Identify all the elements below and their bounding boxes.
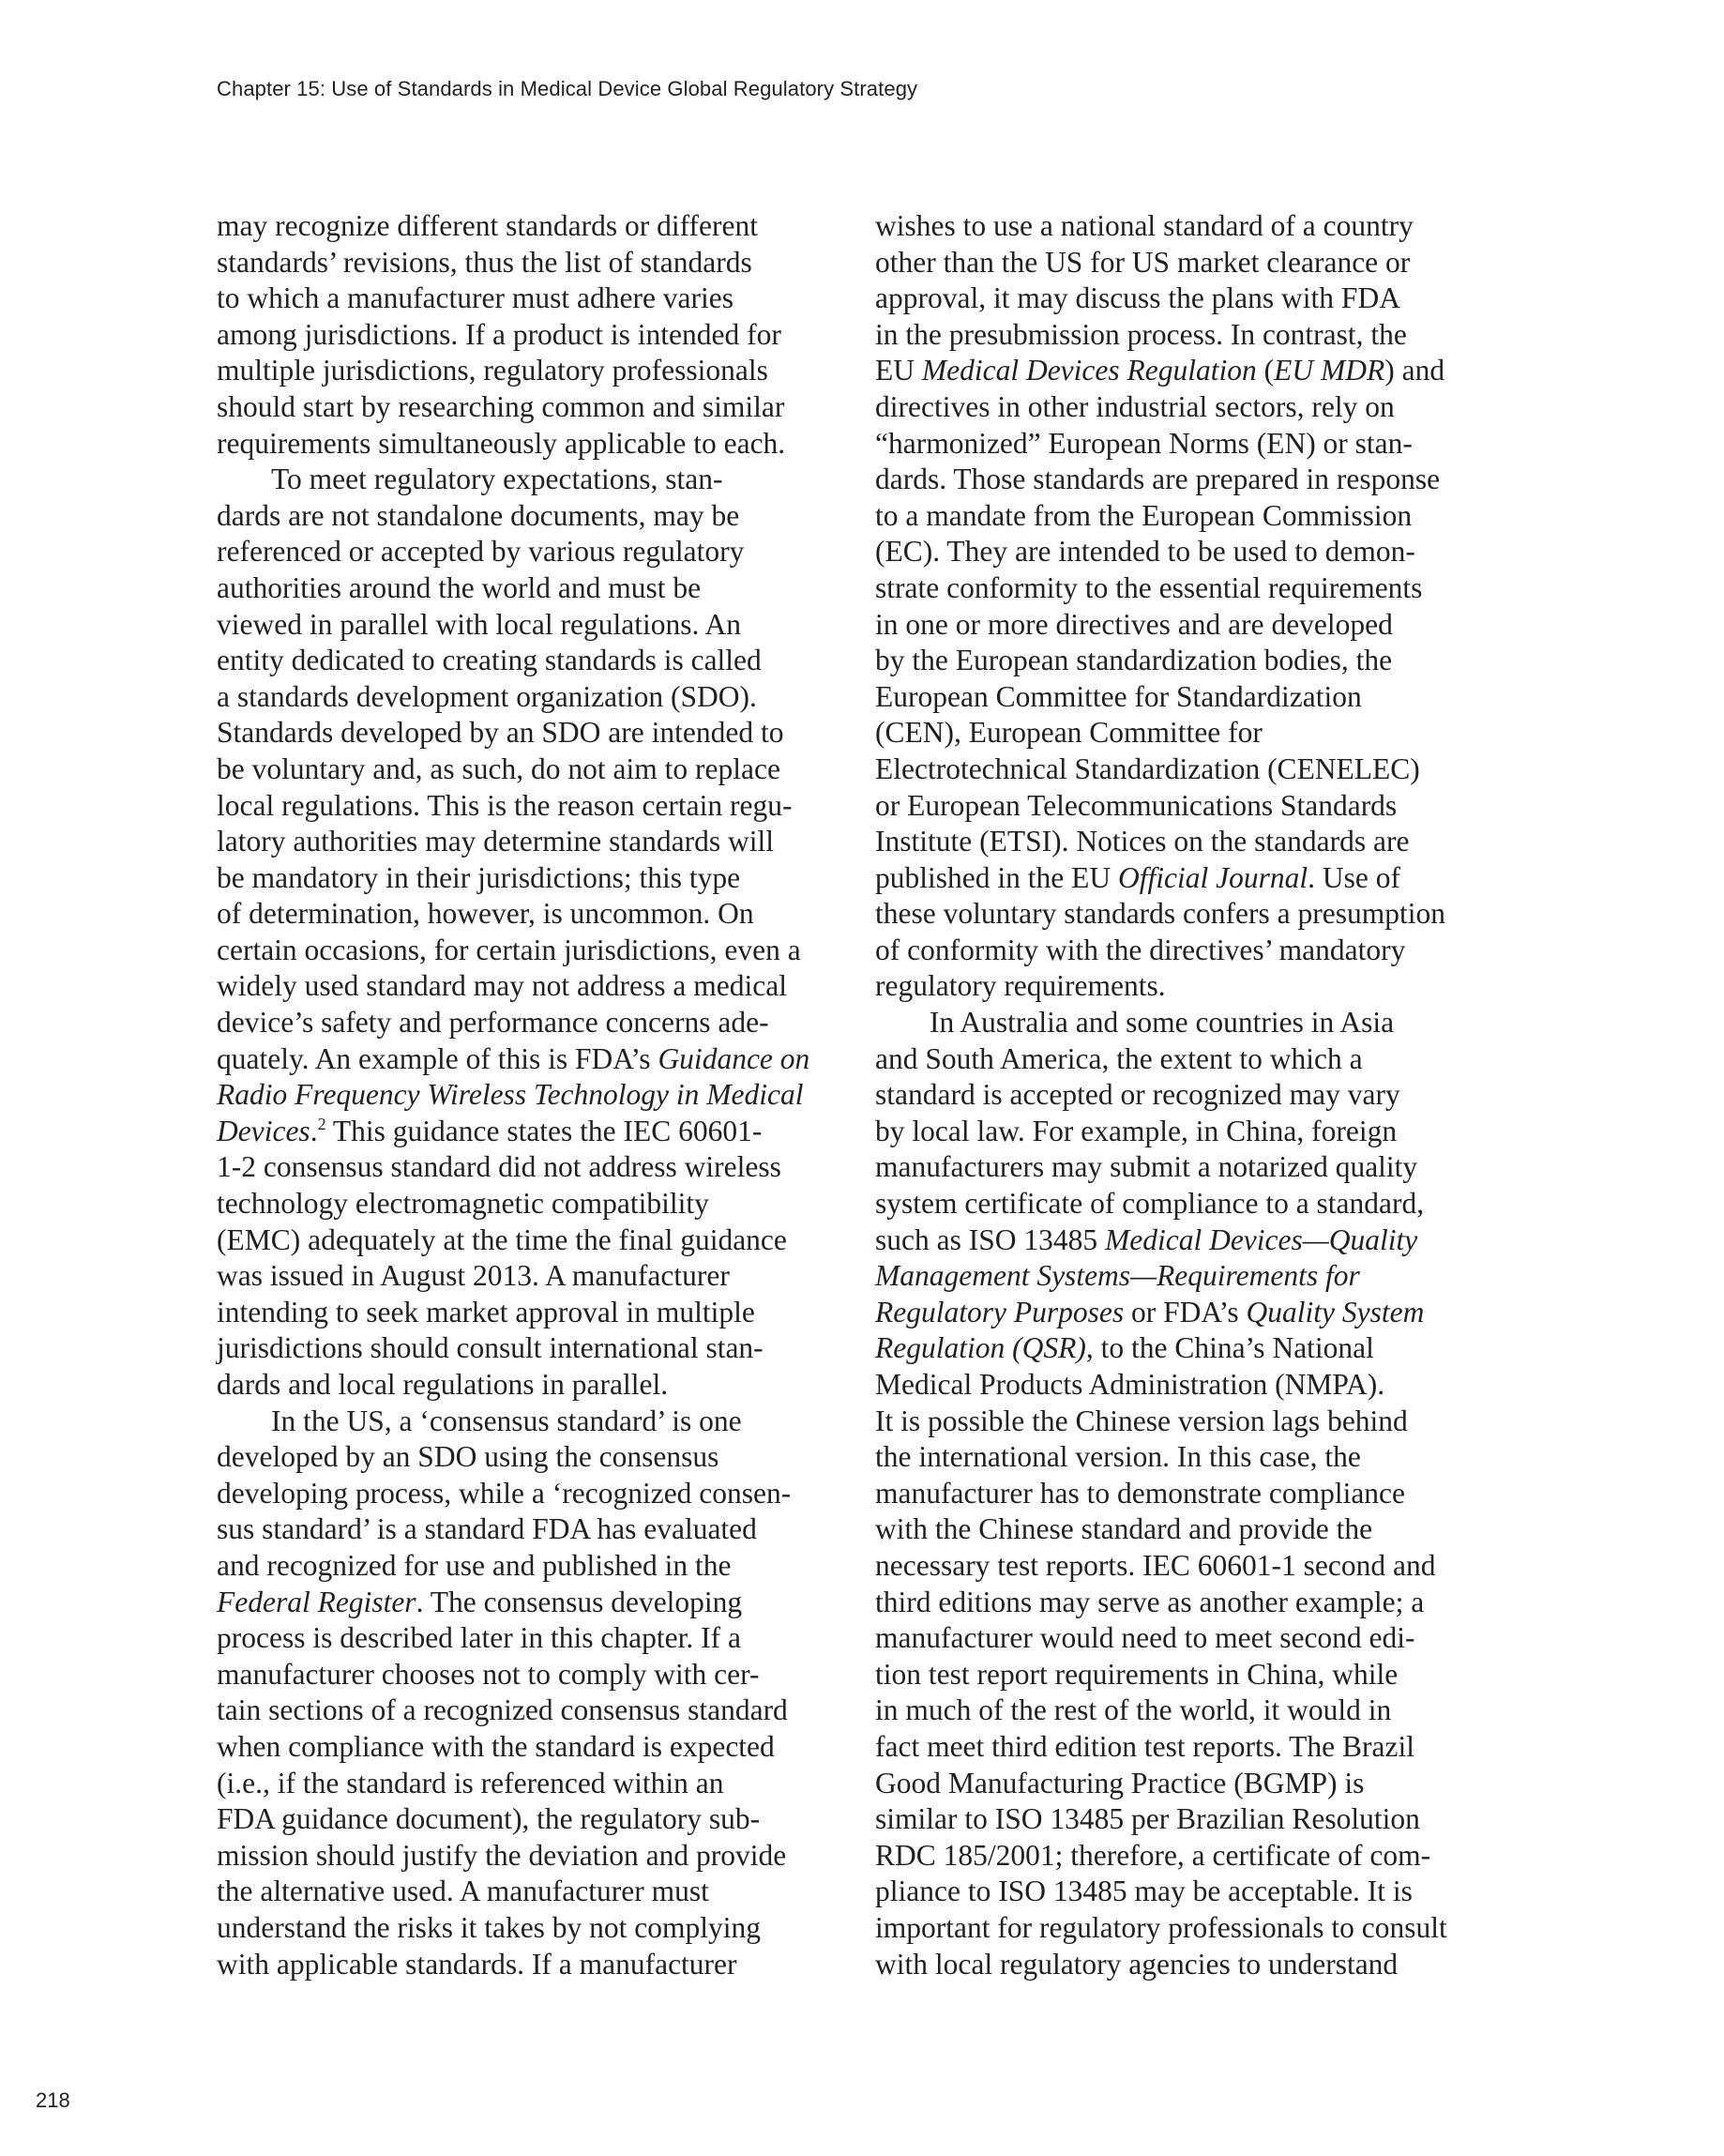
text-line: Management Systems—Requirements for [875, 1258, 1532, 1295]
text-run: process is described later in this chapt… [217, 1621, 741, 1654]
text-run: quately. An example of this is FDA’s [217, 1042, 658, 1075]
text-run: directives in other industrial sectors, … [875, 390, 1395, 423]
text-line: latory authorities may determine standar… [217, 824, 873, 860]
text-run: Institute (ETSI). Notices on the standar… [875, 825, 1409, 858]
text-line: referenced or accepted by various regula… [217, 534, 873, 570]
text-line: other than the US for US market clearanc… [875, 245, 1532, 281]
text-line: wishes to use a national standard of a c… [875, 208, 1532, 245]
italic-run: Regulatory Purposes [875, 1296, 1124, 1329]
text-run: or FDA’s [1124, 1296, 1246, 1329]
text-run: mission should justify the deviation and… [217, 1839, 786, 1872]
text-line: these voluntary standards confers a pres… [875, 896, 1532, 933]
text-run: other than the US for US market clearanc… [875, 246, 1410, 279]
text-run: Standards developed by an SDO are intend… [217, 716, 783, 749]
text-line: Regulatory Purposes or FDA’s Quality Sys… [875, 1295, 1532, 1331]
text-run: understand the risks it takes by not com… [217, 1911, 761, 1944]
text-run: European Committee for Standardization [875, 680, 1362, 713]
text-run: manufacturer chooses not to comply with … [217, 1658, 759, 1691]
text-line: technology electromagnetic compatibility [217, 1186, 873, 1222]
text-line: in the presubmission process. In contras… [875, 317, 1532, 354]
text-line: tion test report requirements in China, … [875, 1657, 1532, 1693]
text-line: be mandatory in their jurisdictions; thi… [217, 860, 873, 897]
text-run: such as ISO 13485 [875, 1223, 1105, 1256]
text-run: strate conformity to the essential requi… [875, 571, 1422, 604]
text-line: by local law. For example, in China, for… [875, 1114, 1532, 1150]
text-run: regulatory requirements. [875, 969, 1166, 1002]
text-run: was issued in August 2013. A manufacture… [217, 1259, 730, 1292]
text-line: “harmonized” European Norms (EN) or stan… [875, 426, 1532, 463]
text-line: system certificate of compliance to a st… [875, 1186, 1532, 1222]
text-run: the international version. In this case,… [875, 1440, 1361, 1473]
text-line: Good Manufacturing Practice (BGMP) is [875, 1766, 1532, 1802]
text-run: latory authorities may determine standar… [217, 825, 774, 858]
text-line: Radio Frequency Wireless Technology in M… [217, 1077, 873, 1114]
text-run: manufacturers may submit a notarized qua… [875, 1150, 1417, 1183]
text-run: be mandatory in their jurisdictions; thi… [217, 861, 740, 894]
text-run: (i.e., if the standard is referenced wit… [217, 1767, 724, 1799]
text-line: fact meet third edition test reports. Th… [875, 1729, 1532, 1766]
text-run: sus standard’ is a standard FDA has eval… [217, 1512, 757, 1545]
text-line: published in the EU Official Journal. Us… [875, 860, 1532, 897]
footnote-ref: 2 [318, 1115, 326, 1133]
page-number: 218 [36, 2088, 70, 2113]
text-run: and South America, the extent to which a [875, 1042, 1363, 1075]
italic-run: Medical Devices Regulation [922, 354, 1257, 387]
text-run: standards’ revisions, thus the list of s… [217, 246, 752, 279]
text-line: entity dedicated to creating standards i… [217, 643, 873, 679]
italic-run: Quality System [1247, 1296, 1425, 1329]
text-line: in one or more directives and are develo… [875, 607, 1532, 644]
text-run: developing process, while a ‘recognized … [217, 1477, 791, 1510]
text-run: of conformity with the directives’ manda… [875, 934, 1405, 966]
text-line: developed by an SDO using the consensus [217, 1439, 873, 1476]
text-run: important for regulatory professionals t… [875, 1911, 1447, 1944]
text-run: in the presubmission process. In contras… [875, 318, 1407, 351]
text-line: In the US, a ‘consensus standard’ is one [217, 1404, 873, 1440]
text-run: In Australia and some countries in Asia [930, 1006, 1394, 1039]
text-run: approval, it may discuss the plans with … [875, 281, 1400, 314]
text-line: Electrotechnical Standardization (CENELE… [875, 752, 1532, 788]
text-run: 1-2 consensus standard did not address w… [217, 1150, 781, 1183]
text-run: entity dedicated to creating standards i… [217, 644, 762, 676]
text-line: In Australia and some countries in Asia [875, 1005, 1532, 1041]
text-line: may recognize different standards or dif… [217, 208, 873, 245]
text-run: system certificate of compliance to a st… [875, 1187, 1424, 1220]
text-run: This guidance states the IEC 60601- [326, 1115, 763, 1147]
text-line: dards and local regulations in parallel. [217, 1367, 873, 1404]
text-run: dards are not standalone documents, may … [217, 499, 739, 532]
italic-run: Management Systems—Requirements for [875, 1259, 1360, 1292]
text-line: and recognized for use and published in … [217, 1548, 873, 1585]
text-run: (EMC) adequately at the time the final g… [217, 1223, 787, 1256]
text-line: manufacturer would need to meet second e… [875, 1620, 1532, 1657]
text-line: process is described later in this chapt… [217, 1620, 873, 1657]
text-line: Institute (ETSI). Notices on the standar… [875, 824, 1532, 860]
text-line: authorities around the world and must be [217, 570, 873, 607]
text-line: (EC). They are intended to be used to de… [875, 534, 1532, 570]
italic-run: Medical Devices—Quality [1105, 1223, 1417, 1256]
text-run: widely used standard may not address a m… [217, 969, 787, 1002]
text-line: 1-2 consensus standard did not address w… [217, 1149, 873, 1186]
italic-run: Guidance on [658, 1042, 809, 1075]
text-run: ( [1257, 354, 1274, 387]
text-run: when compliance with the standard is exp… [217, 1730, 775, 1763]
text-line: jurisdictions should consult internation… [217, 1330, 873, 1367]
text-run: technology electromagnetic compatibility [217, 1187, 709, 1220]
text-line: Standards developed by an SDO are intend… [217, 715, 873, 752]
text-run: . The consensus developing [416, 1586, 743, 1618]
text-run: in much of the rest of the world, it wou… [875, 1693, 1391, 1726]
text-line: FDA guidance document), the regulatory s… [217, 1801, 873, 1838]
text-line: when compliance with the standard is exp… [217, 1729, 873, 1766]
text-line: dards are not standalone documents, may … [217, 498, 873, 535]
text-line: important for regulatory professionals t… [875, 1910, 1532, 1947]
text-line: should start by researching common and s… [217, 389, 873, 426]
text-run: should start by researching common and s… [217, 390, 784, 423]
text-run: among jurisdictions. If a product is int… [217, 318, 781, 351]
text-line: such as ISO 13485 Medical Devices—Qualit… [875, 1222, 1532, 1259]
text-line: (EMC) adequately at the time the final g… [217, 1222, 873, 1259]
text-line: mission should justify the deviation and… [217, 1838, 873, 1875]
text-run: to which a manufacturer must adhere vari… [217, 281, 733, 314]
text-run: (CEN), European Committee for [875, 716, 1263, 749]
running-header: Chapter 15: Use of Standards in Medical … [217, 77, 917, 101]
text-line: the international version. In this case,… [875, 1439, 1532, 1476]
text-line: the alternative used. A manufacturer mus… [217, 1874, 873, 1910]
text-run: in one or more directives and are develo… [875, 608, 1393, 641]
text-line: intending to seek market approval in mul… [217, 1295, 873, 1331]
text-run: manufacturer would need to meet second e… [875, 1621, 1415, 1654]
text-run: , to the China’s National [1086, 1331, 1374, 1364]
text-line: requirements simultaneously applicable t… [217, 426, 873, 463]
italic-run: Federal Register [217, 1586, 416, 1618]
text-run: wishes to use a national standard of a c… [875, 209, 1414, 242]
text-line: and South America, the extent to which a [875, 1041, 1532, 1078]
text-line: of determination, however, is uncommon. … [217, 896, 873, 933]
text-run: device’s safety and performance concerns… [217, 1006, 769, 1039]
text-line: be voluntary and, as such, do not aim to… [217, 752, 873, 788]
text-run: similar to ISO 13485 per Brazilian Resol… [875, 1802, 1420, 1835]
text-line: manufacturer chooses not to comply with … [217, 1657, 873, 1693]
text-run: of determination, however, is uncommon. … [217, 897, 754, 930]
text-line: dards. Those standards are prepared in r… [875, 462, 1532, 498]
text-line: local regulations. This is the reason ce… [217, 788, 873, 825]
text-line: Regulation (QSR), to the China’s Nationa… [875, 1330, 1532, 1367]
text-run: local regulations. This is the reason ce… [217, 789, 792, 822]
text-run: be voluntary and, as such, do not aim to… [217, 752, 780, 785]
text-run: . [310, 1115, 318, 1147]
text-line: (CEN), European Committee for [875, 715, 1532, 752]
text-run: a standards development organization (SD… [217, 680, 757, 713]
text-line: developing process, while a ‘recognized … [217, 1476, 873, 1512]
text-run: pliance to ISO 13485 may be acceptable. … [875, 1875, 1413, 1907]
text-line: manufacturer has to demonstrate complian… [875, 1476, 1532, 1512]
text-line: of conformity with the directives’ manda… [875, 933, 1532, 969]
text-run: third editions may serve as another exam… [875, 1586, 1424, 1618]
text-line: a standards development organization (SD… [217, 679, 873, 716]
text-line: among jurisdictions. If a product is int… [217, 317, 873, 354]
text-run: by the European standardization bodies, … [875, 644, 1392, 676]
text-run: developed by an SDO using the consensus [217, 1440, 718, 1473]
text-run: with local regulatory agencies to unders… [875, 1948, 1398, 1981]
text-run: requirements simultaneously applicable t… [217, 427, 785, 460]
text-line: with applicable standards. If a manufact… [217, 1947, 873, 1983]
text-line: manufacturers may submit a notarized qua… [875, 1149, 1532, 1186]
text-run: Electrotechnical Standardization (CENELE… [875, 752, 1420, 785]
text-run: tion test report requirements in China, … [875, 1658, 1398, 1691]
body-column-left: may recognize different standards or dif… [217, 208, 873, 1982]
text-run: fact meet third edition test reports. Th… [875, 1730, 1414, 1763]
text-line: device’s safety and performance concerns… [217, 1005, 873, 1041]
text-line: (i.e., if the standard is referenced wit… [217, 1766, 873, 1802]
text-run: RDC 185/2001; therefore, a certificate o… [875, 1839, 1430, 1872]
text-line: regulatory requirements. [875, 968, 1532, 1005]
text-run: dards. Those standards are prepared in r… [875, 463, 1440, 495]
text-run: the alternative used. A manufacturer mus… [217, 1875, 709, 1907]
text-line: Federal Register. The consensus developi… [217, 1585, 873, 1621]
text-line: directives in other industrial sectors, … [875, 389, 1532, 426]
text-run: may recognize different standards or dif… [217, 209, 758, 242]
text-run: with the Chinese standard and provide th… [875, 1512, 1372, 1545]
text-line: to which a manufacturer must adhere vari… [217, 281, 873, 317]
text-run: In the US, a ‘consensus standard’ is one [271, 1404, 742, 1437]
italic-run: Official Journal [1118, 861, 1308, 894]
text-line: with local regulatory agencies to unders… [875, 1947, 1532, 1983]
text-run: standard is accepted or recognized may v… [875, 1078, 1400, 1111]
text-run: to a mandate from the European Commissio… [875, 499, 1412, 532]
text-line: similar to ISO 13485 per Brazilian Resol… [875, 1801, 1532, 1838]
text-line: with the Chinese standard and provide th… [875, 1511, 1532, 1548]
text-run: . Use of [1308, 861, 1400, 894]
text-run: viewed in parallel with local regulation… [217, 608, 741, 641]
italic-run: Regulation (QSR) [875, 1331, 1086, 1364]
italic-run: EU MDR [1274, 354, 1384, 387]
text-run: these voluntary standards confers a pres… [875, 897, 1445, 930]
text-line: It is possible the Chinese version lags … [875, 1404, 1532, 1440]
text-run: (EC). They are intended to be used to de… [875, 535, 1415, 568]
text-line: RDC 185/2001; therefore, a certificate o… [875, 1838, 1532, 1875]
text-line: viewed in parallel with local regulation… [217, 607, 873, 644]
text-line: third editions may serve as another exam… [875, 1585, 1532, 1621]
text-run: jurisdictions should consult internation… [217, 1331, 764, 1364]
text-line: Medical Products Administration (NMPA). [875, 1367, 1532, 1404]
text-run: with applicable standards. If a manufact… [217, 1948, 737, 1981]
text-line: standard is accepted or recognized may v… [875, 1077, 1532, 1114]
text-line: EU Medical Devices Regulation (EU MDR) a… [875, 353, 1532, 389]
text-line: to a mandate from the European Commissio… [875, 498, 1532, 535]
text-line: necessary test reports. IEC 60601-1 seco… [875, 1548, 1532, 1585]
text-run: and recognized for use and published in … [217, 1549, 731, 1582]
body-column-right: wishes to use a national standard of a c… [875, 208, 1532, 1982]
text-line: Devices.2 This guidance states the IEC 6… [217, 1114, 873, 1150]
text-run: tain sections of a recognized consensus … [217, 1693, 788, 1726]
text-run: manufacturer has to demonstrate complian… [875, 1477, 1405, 1510]
text-run: EU [875, 354, 922, 387]
text-line: understand the risks it takes by not com… [217, 1910, 873, 1947]
text-line: To meet regulatory expectations, stan- [217, 462, 873, 498]
text-run: published in the EU [875, 861, 1118, 894]
text-run: FDA guidance document), the regulatory s… [217, 1802, 760, 1835]
text-run: certain occasions, for certain jurisdict… [217, 934, 801, 966]
text-line: European Committee for Standardization [875, 679, 1532, 716]
text-line: approval, it may discuss the plans with … [875, 281, 1532, 317]
text-run: Medical Products Administration (NMPA). [875, 1368, 1384, 1401]
text-line: in much of the rest of the world, it wou… [875, 1693, 1532, 1729]
text-line: multiple jurisdictions, regulatory profe… [217, 353, 873, 389]
text-run: It is possible the Chinese version lags … [875, 1404, 1408, 1437]
text-line: standards’ revisions, thus the list of s… [217, 245, 873, 281]
text-line: certain occasions, for certain jurisdict… [217, 933, 873, 969]
text-run: To meet regulatory expectations, stan- [271, 463, 723, 495]
italic-run: Devices [217, 1115, 310, 1147]
text-run: by local law. For example, in China, for… [875, 1115, 1397, 1147]
text-line: widely used standard may not address a m… [217, 968, 873, 1005]
text-run: necessary test reports. IEC 60601-1 seco… [875, 1549, 1435, 1582]
text-line: strate conformity to the essential requi… [875, 570, 1532, 607]
text-run: dards and local regulations in parallel. [217, 1368, 668, 1401]
text-line: sus standard’ is a standard FDA has eval… [217, 1511, 873, 1548]
text-run: authorities around the world and must be [217, 571, 701, 604]
text-run: ) and [1384, 354, 1444, 387]
text-line: quately. An example of this is FDA’s Gui… [217, 1041, 873, 1078]
text-line: by the European standardization bodies, … [875, 643, 1532, 679]
text-run: multiple jurisdictions, regulatory profe… [217, 354, 768, 387]
text-run: “harmonized” European Norms (EN) or stan… [875, 427, 1413, 460]
text-run: intending to seek market approval in mul… [217, 1296, 755, 1329]
text-run: Good Manufacturing Practice (BGMP) is [875, 1767, 1364, 1799]
text-run: or European Telecommunications Standards [875, 789, 1397, 822]
text-line: was issued in August 2013. A manufacture… [217, 1258, 873, 1295]
text-line: or European Telecommunications Standards [875, 788, 1532, 825]
text-run: referenced or accepted by various regula… [217, 535, 744, 568]
text-line: pliance to ISO 13485 may be acceptable. … [875, 1874, 1532, 1910]
italic-run: Radio Frequency Wireless Technology in M… [217, 1078, 803, 1111]
text-line: tain sections of a recognized consensus … [217, 1693, 873, 1729]
